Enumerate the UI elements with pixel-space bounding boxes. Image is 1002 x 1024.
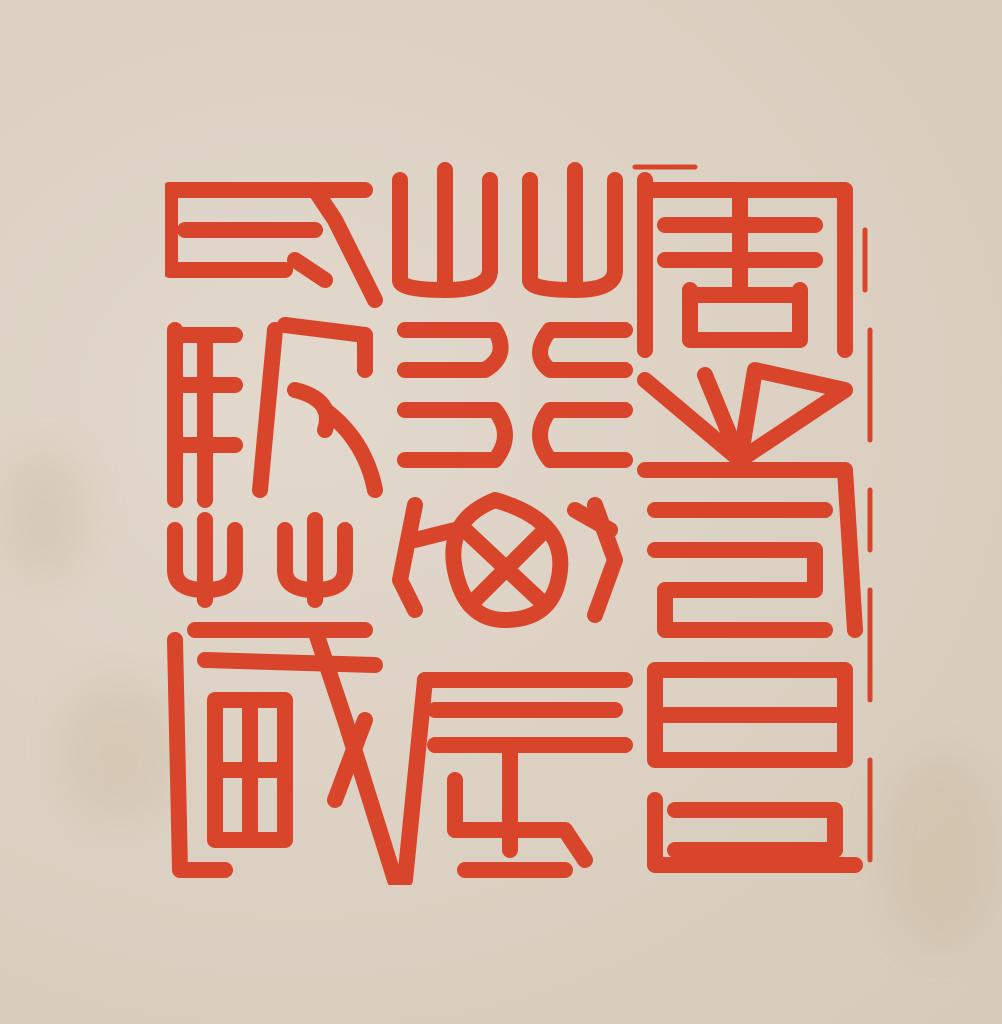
glyph-middle-bottom (405, 680, 625, 880)
glyph-right-bottom (655, 670, 855, 865)
glyph-right-middle (645, 370, 855, 630)
glyph-left-middle (175, 325, 375, 500)
paper-stain (60, 680, 180, 820)
glyph-middle-top (400, 170, 625, 370)
seal-impression (165, 160, 880, 885)
glyph-left-top (170, 190, 375, 300)
glyph-left-bottom (175, 520, 395, 880)
glyph-right-top (645, 180, 845, 350)
seal-glyphs (165, 160, 880, 885)
paper-stain (0, 450, 90, 580)
glyph-middle-middle (400, 410, 625, 620)
paper-stain (880, 750, 1000, 950)
